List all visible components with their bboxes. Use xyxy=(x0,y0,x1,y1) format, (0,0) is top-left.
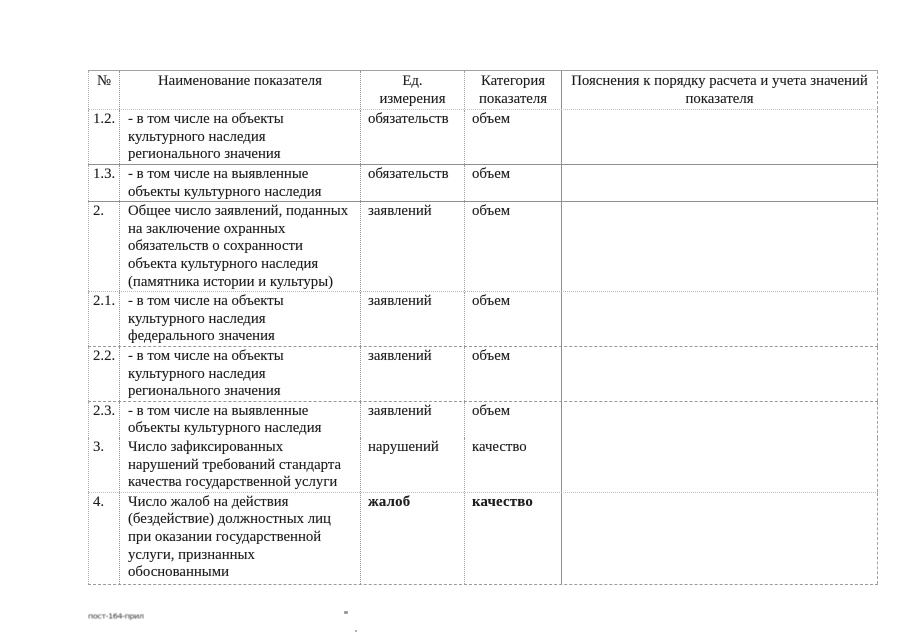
indicator-name-cell: - в том числе на объекты культурного нас… xyxy=(119,292,360,346)
unit-cell: обязательств xyxy=(360,165,464,201)
table-row: 4. Число жалоб на действия (бездействие)… xyxy=(88,493,878,585)
row-num-cell: 2.1. xyxy=(88,292,119,346)
table-row: 2.2. - в том числе на объекты культурног… xyxy=(88,347,878,402)
unit-cell: нарушений xyxy=(360,438,464,492)
explanation-cell xyxy=(561,165,878,201)
category-cell: качество xyxy=(464,438,561,492)
unit-cell: заявлений xyxy=(360,292,464,346)
table-row: 2.3. - в том числе на выявленные объекты… xyxy=(88,402,878,438)
explanation-cell xyxy=(561,292,878,346)
indicator-name-cell: Общее число заявлений, поданных на заклю… xyxy=(119,202,360,291)
row-num-cell: 1.3. xyxy=(88,165,119,201)
table-row: 3. Число зафиксированных нарушений требо… xyxy=(88,438,878,493)
indicator-name-cell: - в том числе на объекты культурного нас… xyxy=(119,110,360,164)
header-name: Наименование показателя xyxy=(119,71,360,109)
indicator-name-cell: - в том числе на выявленные объекты куль… xyxy=(119,402,360,438)
category-cell: объем xyxy=(464,110,561,164)
row-num-cell: 2.2. xyxy=(88,347,119,401)
indicators-table: № Наименование показателя Ед. измерения … xyxy=(88,70,878,585)
indicator-name-cell: - в том числе на выявленные объекты куль… xyxy=(119,165,360,201)
footer-note: пост-164-прил xyxy=(88,612,144,620)
indicator-name-cell: Число жалоб на действия (бездействие) до… xyxy=(119,493,360,584)
table-row: 1.2. - в том числе на объекты культурног… xyxy=(88,110,878,165)
table-row: 1.3. - в том числе на выявленные объекты… xyxy=(88,165,878,202)
indicator-name-cell: - в том числе на объекты культурного нас… xyxy=(119,347,360,401)
table-header-row: № Наименование показателя Ед. измерения … xyxy=(88,71,878,110)
indicator-name-cell: Число зафиксированных нарушений требован… xyxy=(119,438,360,492)
explanation-cell xyxy=(561,202,878,291)
table-row: 2.1. - в том числе на объекты культурног… xyxy=(88,292,878,347)
unit-cell: заявлений xyxy=(360,402,464,438)
header-unit: Ед. измерения xyxy=(360,71,464,109)
unit-cell: заявлений xyxy=(360,202,464,291)
category-cell: качество xyxy=(464,493,561,584)
category-cell: объем xyxy=(464,347,561,401)
row-num-cell: 1.2. xyxy=(88,110,119,164)
category-cell: объем xyxy=(464,292,561,346)
header-explanation: Пояснения к порядку расчета и учета знач… xyxy=(561,71,878,109)
unit-cell: обязательств xyxy=(360,110,464,164)
explanation-cell xyxy=(561,347,878,401)
scan-speck xyxy=(344,611,348,614)
row-num-cell: 3. xyxy=(88,438,119,492)
table-row: 2. Общее число заявлений, поданных на за… xyxy=(88,202,878,292)
header-num: № xyxy=(88,71,119,109)
row-num-cell: 2. xyxy=(88,202,119,291)
category-cell: объем xyxy=(464,165,561,201)
unit-cell: жалоб xyxy=(360,493,464,584)
explanation-cell xyxy=(561,402,878,438)
explanation-cell xyxy=(561,438,878,492)
row-num-cell: 4. xyxy=(88,493,119,584)
explanation-cell xyxy=(561,110,878,164)
row-num-cell: 2.3. xyxy=(88,402,119,438)
header-category: Категория показателя xyxy=(464,71,561,109)
category-cell: объем xyxy=(464,402,561,438)
category-cell: объем xyxy=(464,202,561,291)
explanation-cell xyxy=(561,493,878,584)
scanned-document-page: № Наименование показателя Ед. измерения … xyxy=(0,0,905,640)
unit-cell: заявлений xyxy=(360,347,464,401)
scan-speck xyxy=(355,630,357,632)
